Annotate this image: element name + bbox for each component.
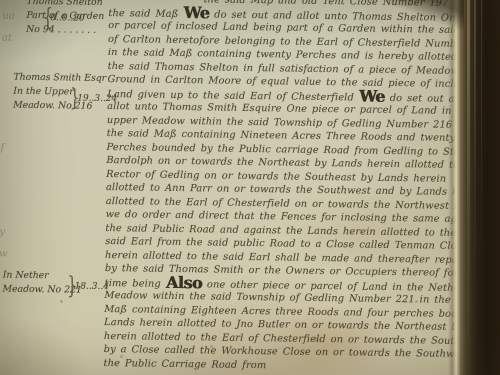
cut-off-letter-fragment: at — [2, 33, 12, 44]
book-binding-gutter — [460, 0, 500, 375]
acreage-measurement: 0..0..20 — [50, 12, 85, 26]
blackletter-word: We — [359, 91, 385, 101]
margin-entry-line: Thomas Smith Esqr — [13, 71, 106, 86]
cut-off-letter-fragment: y — [0, 227, 5, 238]
page-stack-edge-line — [467, 0, 470, 375]
body-text: the said Map and old Tent Close Number 1… — [103, 0, 500, 375]
margin-entry: Thomas SheltonPart of a GardenNo 94 . . … — [26, 0, 104, 37]
blackletter-word: Also — [166, 277, 202, 288]
handwriting-segment: time being — [105, 277, 161, 289]
handwriting-segment: the said Maß — [108, 8, 178, 20]
cut-off-letter-fragment: w — [0, 249, 8, 260]
margin-entry: In NetherMeadow. No 221}18..3..4 — [2, 269, 82, 298]
handwriting-segment: the Public Carriage Road from — [103, 357, 266, 370]
top-right-shadow — [384, 0, 464, 30]
acreage-measurement: 18..3..4 — [74, 281, 109, 295]
blackletter-word: We — [183, 8, 209, 18]
page-right-edge — [448, 0, 460, 375]
manuscript-photo: the said Map and old Tent Close Number 1… — [0, 0, 500, 375]
acreage-measurement: 19..3..24 — [77, 93, 117, 107]
page-stack-edge-line — [474, 0, 476, 375]
page-stack-edge-line — [481, 0, 482, 375]
margin-entry: Thomas Smith EsqrIn the UpperMeadow. No … — [13, 71, 106, 114]
cut-off-letter-fragment: ua — [2, 11, 15, 22]
cut-off-letter-fragment: f — [0, 143, 4, 154]
ink-layer: the said Map and old Tent Close Number 1… — [0, 0, 500, 375]
